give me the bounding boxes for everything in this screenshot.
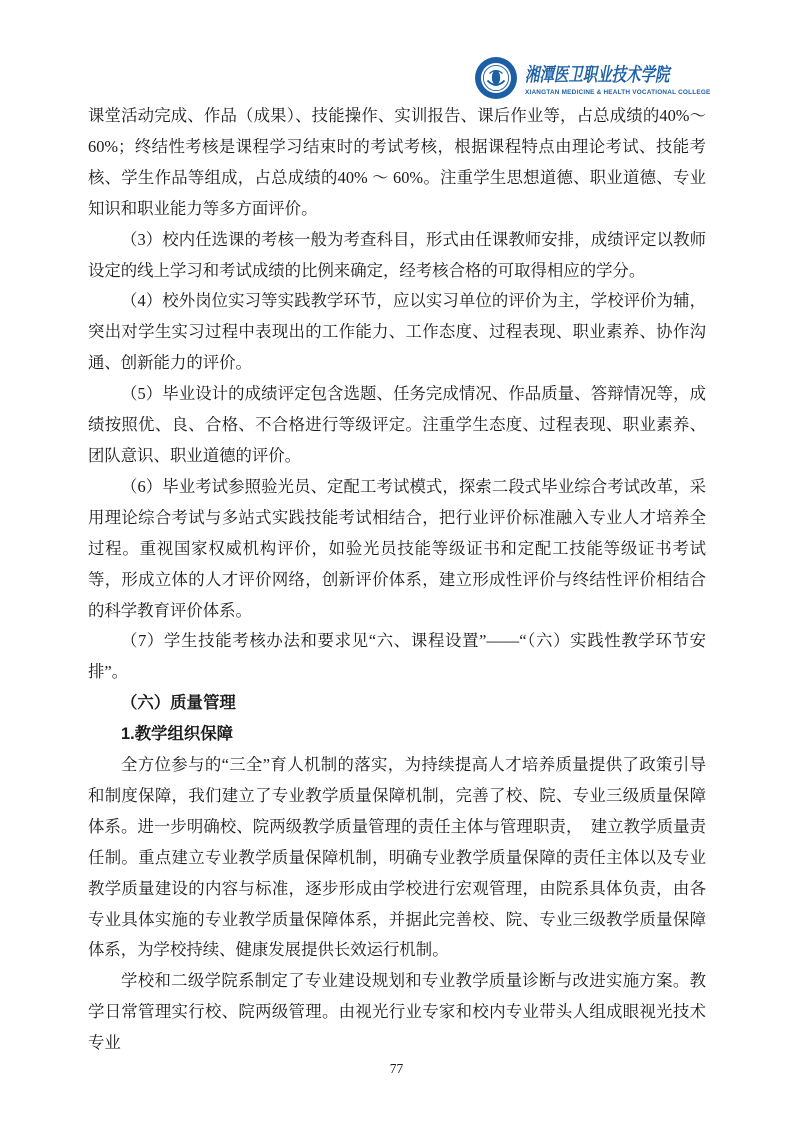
page-number: 77 <box>0 1061 793 1077</box>
paragraph-item-4: （4）校外岗位实习等实践教学环节，应以实习单位的评价为主，学校评价为辅，突出对学… <box>88 286 706 379</box>
college-emblem-icon <box>474 56 518 100</box>
college-name-english: XIANGTAN MEDICINE & HEALTH VOCATIONAL CO… <box>525 89 715 96</box>
college-logo: 湘潭医卫职业技术学院 XIANGTAN MEDICINE & HEALTH VO… <box>474 56 715 100</box>
paragraph-item-7: （7）学生技能考核办法和要求见“六、课程设置”——“（六）实践性教学环节安排”。 <box>88 626 706 688</box>
college-logo-text: 湘潭医卫职业技术学院 XIANGTAN MEDICINE & HEALTH VO… <box>525 60 715 96</box>
section-heading-quality-management: （六）质量管理 <box>88 688 706 719</box>
document-page: 湘潭医卫职业技术学院 XIANGTAN MEDICINE & HEALTH VO… <box>0 0 793 1122</box>
paragraph-teaching-quality-system: 全方位参与的“三全”育人机制的落实，为持续提高人才培养质量提供了政策引导和制度保… <box>88 750 706 966</box>
subsection-heading-teaching-organization: 1.教学组织保障 <box>88 719 706 750</box>
document-body: 课堂活动完成、作品（成果）、技能操作、实训报告、课后作业等，占总成绩的40%～6… <box>88 101 706 1059</box>
college-name-chinese: 湘潭医卫职业技术学院 <box>525 60 669 87</box>
paragraph-continuation: 课堂活动完成、作品（成果）、技能操作、实训报告、课后作业等，占总成绩的40%～6… <box>88 101 706 225</box>
paragraph-item-3: （3）校内任选课的考核一般为考查科目，形式由任课教师安排，成绩评定以教师设定的线… <box>88 225 706 287</box>
paragraph-item-5: （5）毕业设计的成绩评定包含选题、任务完成情况、作品质量、答辩情况等，成绩按照优… <box>88 379 706 472</box>
paragraph-item-6: （6）毕业考试参照验光员、定配工考试模式，探索二段式毕业综合考试改革，采用理论综… <box>88 472 706 627</box>
paragraph-school-management: 学校和二级学院系制定了专业建设规划和专业教学质量诊断与改进实施方案。教学日常管理… <box>88 966 706 1059</box>
